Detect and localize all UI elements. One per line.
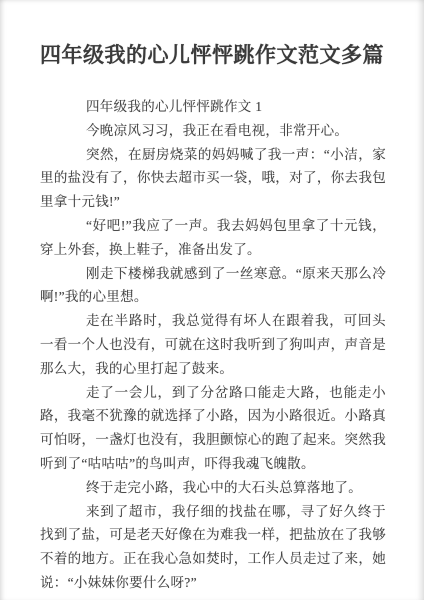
paragraph: 今晚凉风习习，我正在看电视，非常开心。 xyxy=(40,119,386,143)
document-title: 四年级我的心儿怦怦跳作文范文多篇 xyxy=(0,0,424,68)
paragraph: “好吧!”我应了一声。我去妈妈包里拿了十元钱，穿上外套，换上鞋子，准备出发了。 xyxy=(40,214,386,262)
paragraph: 走在半路时，我总觉得有坏人在跟着我，可回头一看一个人也没有，可就在这时我听到了狗… xyxy=(40,309,386,380)
essay-subtitle: 四年级我的心儿怦怦跳作文 1 xyxy=(40,95,386,119)
paragraph: 突然，在厨房烧菜的妈妈喊了我一声：“小洁，家里的盐没有了，你快去超市买一袋，哦，… xyxy=(40,143,386,214)
paragraph: 刚走下楼梯我就感到了一丝寒意。“原来天那么冷啊!”我的心里想。 xyxy=(40,262,386,310)
document-page: 四年级我的心儿怦怦跳作文范文多篇 四年级我的心儿怦怦跳作文 1 今晚凉风习习，我… xyxy=(0,0,424,600)
paragraph: 终于走完小路，我心中的大石头总算落地了。 xyxy=(40,476,386,500)
paragraph: 走了一会儿，到了分岔路口能走大路，也能走小路，我毫不犹豫的就选择了小路，因为小路… xyxy=(40,381,386,476)
paragraph: 来到了超市，我仔细的找盐在哪，寻了好久终于找到了盐，可是老天好像在为难我一样，把… xyxy=(40,500,386,595)
document-body: 四年级我的心儿怦怦跳作文 1 今晚凉风习习，我正在看电视，非常开心。 突然，在厨… xyxy=(40,95,386,595)
